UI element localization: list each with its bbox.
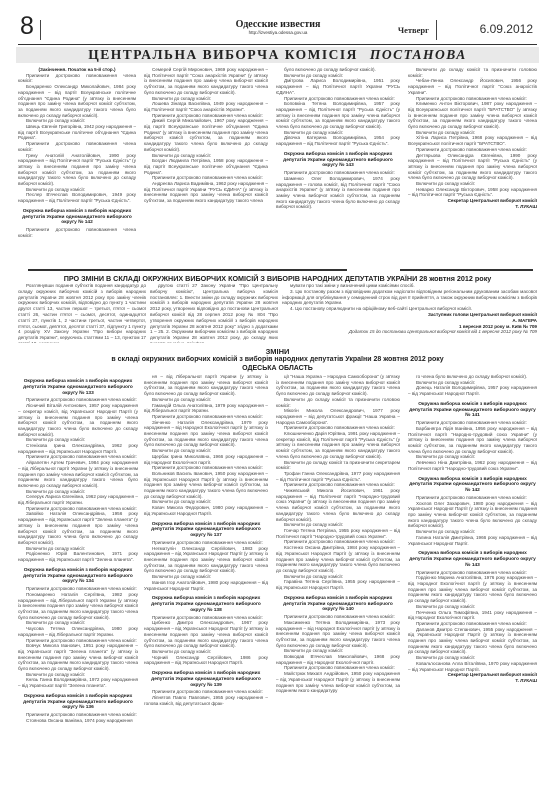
paragraph: Галина Наталія Дмитрівна, 1966 року наро… — [408, 535, 537, 546]
paragraph: ня – від Ліберальної партії України (у з… — [144, 374, 268, 397]
paragraph: Левченко Ніна Дмитрівна, 1962 року народ… — [408, 460, 537, 471]
paragraph: Гордієнко Марина Анатоліївна, 1976 року … — [408, 575, 537, 604]
newspaper-name: Одесские известия — [198, 20, 358, 30]
paragraph: Гамандій Ольга Анатоліївна, 1979 року на… — [144, 403, 268, 414]
banner-subtitle: ПОСТАНОВА — [370, 47, 467, 62]
paragraph: Неварко Олександр Вікторович, 1958 року … — [408, 187, 537, 198]
paragraph: Боповкіна Тетяна Володимирівна, 1957 рок… — [276, 101, 400, 130]
paragraph: Припинити достроково повноваження члена … — [408, 147, 537, 153]
divider — [40, 20, 41, 40]
lower-column-2: ня – від Ліберальної партії України (у з… — [144, 374, 268, 794]
section-heading: Окружна виборча комісія з виборів народн… — [144, 671, 268, 688]
paragraph: Завойко Наталія Олександрівна, 1956 року… — [18, 511, 138, 545]
paragraph: другою статті 27 Закону України "Про Цен… — [150, 283, 278, 343]
divider — [436, 20, 437, 40]
paragraph: Гаравіна Тетяна Сергіївна, 1955 року нар… — [276, 579, 400, 590]
paragraph: Майстрюк Михаїл Андрійович, 1950 року на… — [276, 671, 400, 694]
appendix-note: Додаток 15 до постанови Центральної вибо… — [282, 329, 537, 335]
newspaper-title-block: Одесские известия http://izvestiya.odess… — [198, 20, 358, 36]
issue-date: 6.09.2012 — [480, 22, 533, 36]
paragraph: Припинити достроково повноваження члена … — [408, 621, 537, 627]
paragraph: Шаменко Олег Володимирович, 1974 року на… — [276, 176, 400, 210]
issue-weekday: Четверг — [398, 25, 429, 35]
paragraph: Айрапетян Артем Грачевич, 1984 року наро… — [18, 460, 138, 489]
paragraph: Князь Ганна Володимирівна, 1972 року нар… — [18, 677, 138, 688]
paragraph: Припинити достроково повноваження члена … — [276, 614, 400, 620]
paragraph: Максименко Тетяна Володимирівна, 1973 ро… — [276, 620, 400, 649]
paragraph: Іванов Ігор Анатолійович, 1980 року наро… — [144, 580, 268, 591]
paragraph: Зінченко Наталія Олександрівна, 1979 рок… — [144, 420, 268, 449]
paragraph: Клюшниченко Дарія Юріївна, 1991 року нар… — [276, 431, 400, 460]
resolution-column-3: мувати про такі зміни у визначений цими … — [282, 283, 537, 347]
paragraph: Песлер В'ячеслав Володимирович, 1949 рок… — [18, 192, 136, 203]
paragraph: Чижевський Микола Йосипович, 1961 року н… — [276, 488, 400, 522]
section-heading: Окружна виборча комісія з виборів народн… — [18, 694, 138, 711]
lower-column-3: ції "Наша Україна – Народна Самооборона"… — [276, 374, 400, 794]
paragraph: Лошева Зінаїда Василівна, 1949 року наро… — [144, 101, 268, 112]
paragraph: Костенко Оксана Дмитрівна, 1984 року нар… — [276, 545, 400, 574]
signature-name: Т. ЛУКАШ — [408, 678, 537, 684]
top-column-3: було включено до складу виборчої комісії… — [276, 67, 400, 263]
section-heading: Окружна виборча комісія з виборів народн… — [18, 209, 136, 226]
paragraph: Чебан-Ленка Олександр Йосипович, 1956 ро… — [408, 78, 537, 95]
section-heading: Окружна виборча комісія з виборів народн… — [408, 551, 537, 568]
paragraph: ції "Наша Україна – Народна Самооборона"… — [276, 374, 400, 397]
signature-name: Т. ЛУКАШ — [408, 204, 537, 210]
paragraph: Розглянувши подання суб'єктів подання ка… — [18, 283, 146, 343]
paragraph: Вовчук Микола Іванович, 1951 року народж… — [18, 643, 138, 672]
paragraph: Мікогін Микола Олександрович, 1977 року … — [276, 408, 400, 425]
paragraph: Припинити достроково повноваження члена … — [18, 73, 136, 84]
paragraph: Хохлов Олег Захарович, 1980 року народже… — [408, 501, 537, 530]
paragraph: Припинити достроково повноваження члена … — [144, 414, 268, 420]
banner-title: ЦЕНТРАЛЬНА ВИБОРЧА КОМІСІЯ — [88, 47, 358, 62]
paragraph: го члена було включено до складу виборчо… — [408, 374, 537, 380]
paragraph: Ліпнятов Павло Павлович, 1955 року народ… — [144, 695, 268, 706]
paragraph: Припинити достроково повноваження члена … — [18, 227, 136, 238]
paragraph: Дмітрова Лариса Володимирівна, 1951 року… — [276, 78, 400, 95]
newspaper-url[interactable]: http://izvestiya.odessa.gov.ua — [198, 30, 358, 36]
paragraph: Щербак Ірина Миколаївна, 1966 року народ… — [144, 454, 268, 465]
section-heading: Окружна виборча комісія з виборів народн… — [276, 152, 400, 169]
paragraph: Чаусова Тетяна Олександрівна, 1980 року … — [18, 626, 138, 637]
divider — [28, 269, 347, 271]
paragraph: Припинити достроково повноваження члена … — [18, 141, 136, 152]
paragraph: Вольников Василь Іванович, 1950 року нар… — [144, 471, 268, 500]
region-title: ОДЕСЬКА ОБЛАСТЬ — [18, 365, 537, 372]
section-heading: Окружна виборча комісія з виборів народн… — [276, 596, 400, 613]
section-heading: Окружна виборча комісія з виборів народн… — [408, 402, 537, 419]
paragraph: Ковач Микола Федорович, 1980 року народж… — [144, 505, 268, 516]
section-heading: Окружна виборча комісія з виборів народн… — [144, 596, 268, 613]
paragraph: Клименко Антон Вікторович, 1987 року нар… — [408, 101, 537, 130]
changes-subtitle: в складі окружних виборчих комісій з виб… — [18, 356, 537, 363]
paragraph: Включити до складу комісії та призначити… — [276, 460, 400, 471]
paragraph: Даланов Дмитро Степанович, 1955 року нар… — [408, 627, 537, 656]
paragraph: Семерей Сергій Миронович, 1969 року наро… — [144, 67, 268, 96]
top-column-2: Семерей Сергій Миронович, 1969 року наро… — [144, 67, 268, 263]
paragraph: Дегтярьова Олександра Євгенівна, 1990 ро… — [408, 153, 537, 182]
paragraph: Донець Наталія Володимирівна, 1957 року … — [408, 385, 537, 396]
paragraph: Богдан Людмила Петрівна, 1958 року народ… — [144, 158, 268, 175]
paragraph: Включити до складу комісії та призначити… — [276, 397, 400, 408]
paragraph: Андреєва Лариса Вадимівна, 1962 року нар… — [144, 181, 268, 204]
paragraph: Негматулін Олександр Сергійович, 1983 ро… — [144, 546, 268, 575]
paragraph: Вовкодав В'ячеслав Миколайович, 1968 рок… — [276, 654, 400, 665]
resolution-column-2: другою статті 27 Закону України "Про Цен… — [150, 283, 278, 343]
divider — [400, 269, 533, 271]
paragraph: Гончар Тетяна Петрівна, 1955 року народж… — [276, 528, 400, 539]
section-heading: Окружна виборча комісія з виборів народн… — [144, 522, 268, 539]
paragraph: Стеніхова Ірина Олександрівна, 1962 року… — [18, 443, 138, 454]
masthead: 8 Одесские известия http://izvestiya.ode… — [18, 16, 537, 45]
paragraph: 3. Цю постанову разом з відповідним дода… — [282, 289, 537, 306]
paragraph: Лісничий Віталій Антонович, 1957 року на… — [18, 403, 138, 437]
paragraph: Стоянова Оксана Іванівна, 1974 року наро… — [18, 718, 138, 724]
resolution-title: ПРО ЗМІНИ В СКЛАДІ ОКРУЖНИХ ВИБОРЧИХ КОМ… — [18, 274, 537, 283]
paragraph: Селерук Лариса Євгенівна, 1962 року наро… — [18, 494, 138, 505]
paragraph: Цибенко Дмитро Олександрович, 1967 року … — [144, 620, 268, 649]
section-heading: Окружна виборча комісія з виборів народн… — [408, 477, 537, 494]
paragraph: Швець Євгенія Григорівна, 1942 року наро… — [18, 124, 136, 141]
paragraph: Пономаренко Наталія Сергіївна, 1982 року… — [18, 592, 138, 621]
paragraph: Хітіна Лариса Петрівна, 1968 року народж… — [408, 135, 537, 146]
top-column-4: Включити до складу комісії та призначити… — [408, 67, 537, 267]
paragraph: Трофан Ганна Олександрівна, 1977 року на… — [276, 471, 400, 482]
resolution-column-1: Розглянувши подання суб'єктів подання ка… — [18, 283, 146, 343]
paragraph: Родіоненко Юрій Валентинович, 1971 року … — [18, 551, 138, 562]
paragraph: Припинити достроково повноваження члена … — [408, 495, 537, 501]
section-heading: Окружна виборча комісія з виборів народн… — [18, 379, 138, 396]
paragraph: Включити до складу комісії та призначити… — [408, 67, 537, 78]
paragraph: Припинити достроково повноваження члена … — [144, 540, 268, 546]
lower-column-1: Окружна виборча комісія з виборів народн… — [18, 374, 138, 794]
paragraph: Дівочка Катерина Володимирівна, 1954 рок… — [276, 135, 400, 146]
paragraph: Коваль'юсанова Алла Віталіївна, 1970 рок… — [408, 661, 537, 672]
paragraph: Печченко Ольга Тимофіївна, 1941 року нар… — [408, 610, 537, 621]
paragraph: Дикий Сергій Миколайович, 1967 року наро… — [144, 118, 268, 152]
lower-column-4: го члена було включено до складу виборчо… — [408, 374, 537, 794]
paragraph: Бондаренко Олександр Миколайович, 1984 р… — [18, 84, 136, 118]
page-number: 8 — [20, 12, 34, 41]
top-column-1: (Закінчення. Початок на 5-й стор.) Припи… — [18, 67, 136, 267]
paragraph: Барбанягра Лідія Іванівна, 1956 року нар… — [408, 426, 537, 455]
paragraph: Греку Анатолій Анатолійович, 1990 року н… — [18, 153, 136, 187]
section-banner: ЦЕНТРАЛЬНА ВИБОРЧА КОМІСІЯПОСТАНОВА — [16, 47, 539, 63]
changes-title: ЗМІНИ — [18, 347, 537, 356]
paragraph: Чорний Олександр Сергійович, 1986 року н… — [144, 655, 268, 666]
section-heading: Окружна виборча комісія з виборів народн… — [18, 568, 138, 585]
